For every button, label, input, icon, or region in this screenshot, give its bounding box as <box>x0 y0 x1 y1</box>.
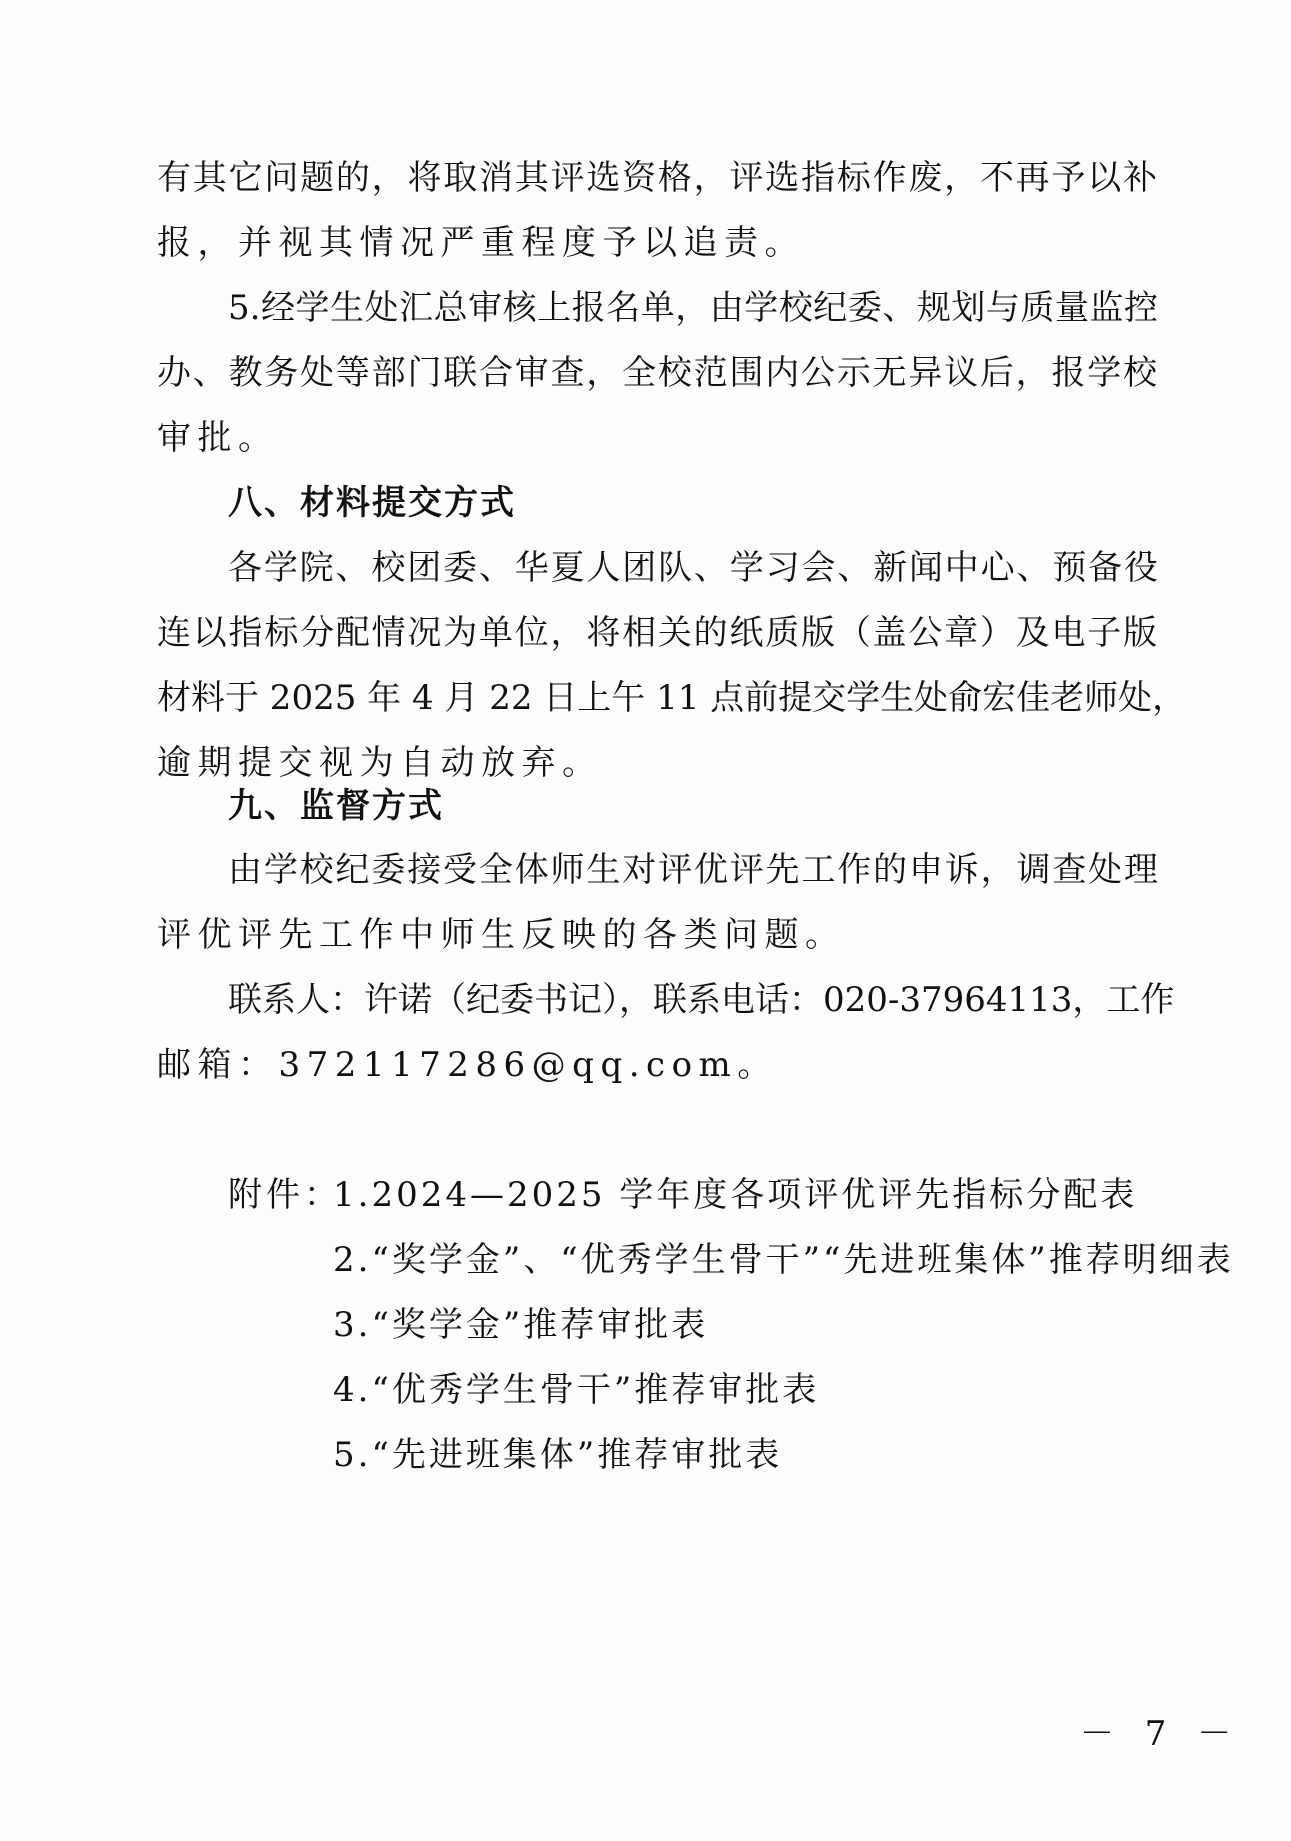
section-8-heading: 八、材料提交方式 <box>228 481 1158 525</box>
body-text-line: 报，并视其情况严重程度予以追责。 <box>157 221 1157 265</box>
section-9-text: 评优评先工作中师生反映的各类问题。 <box>157 913 1157 957</box>
contact-email: 邮箱：372117286@qq.com。 <box>157 1043 1157 1087</box>
item-5-text: 5.经学生处汇总审核上报名单，由学校纪委、规划与质量监控 <box>228 286 1158 330</box>
section-9-text: 由学校纪委接受全体师生对评优评先工作的申诉，调查处理 <box>228 848 1158 892</box>
contact-info: 联系人：许诺（纪委书记），联系电话：020-37964113，工作 <box>228 978 1158 1022</box>
attachment-item: 5.“先进班集体”推荐审批表 <box>333 1433 782 1477</box>
attachment-item: 4.“优秀学生骨干”推荐审批表 <box>333 1368 819 1412</box>
attachment-item: 2.“奖学金”、“优秀学生骨干”“先进班集体”推荐明细表 <box>333 1238 1234 1282</box>
attachment-item: 1.2024—2025 学年度各项评优评先指标分配表 <box>333 1173 1137 1217</box>
item-5-text: 审批。 <box>157 416 1157 460</box>
section-8-text: 连以指标分配情况为单位，将相关的纸质版（盖公章）及电子版 <box>157 611 1157 655</box>
attachment-item: 3.“奖学金”推荐审批表 <box>333 1303 708 1347</box>
document-page: 有其它问题的，将取消其评选资格，评选指标作废，不再予以补 报，并视其情况严重程度… <box>0 0 1291 1841</box>
section-8-text: 材料于 2025 年 4 月 22 日上午 11 点前提交学生处俞宏佳老师处， <box>157 676 1157 720</box>
item-5-text: 办、教务处等部门联合审查，全校范围内公示无异议后，报学校 <box>157 351 1157 395</box>
section-8-text: 各学院、校团委、华夏人团队、学习会、新闻中心、预备役 <box>228 546 1158 590</box>
body-text-line: 有其它问题的，将取消其评选资格，评选指标作废，不再予以补 <box>157 156 1157 200</box>
attachments-label: 附件： <box>228 1173 342 1217</box>
section-8-text: 逾期提交视为自动放弃。 <box>157 741 1157 785</box>
section-9-heading: 九、监督方式 <box>228 784 1158 828</box>
page-number: － 7 － <box>1080 1712 1241 1756</box>
